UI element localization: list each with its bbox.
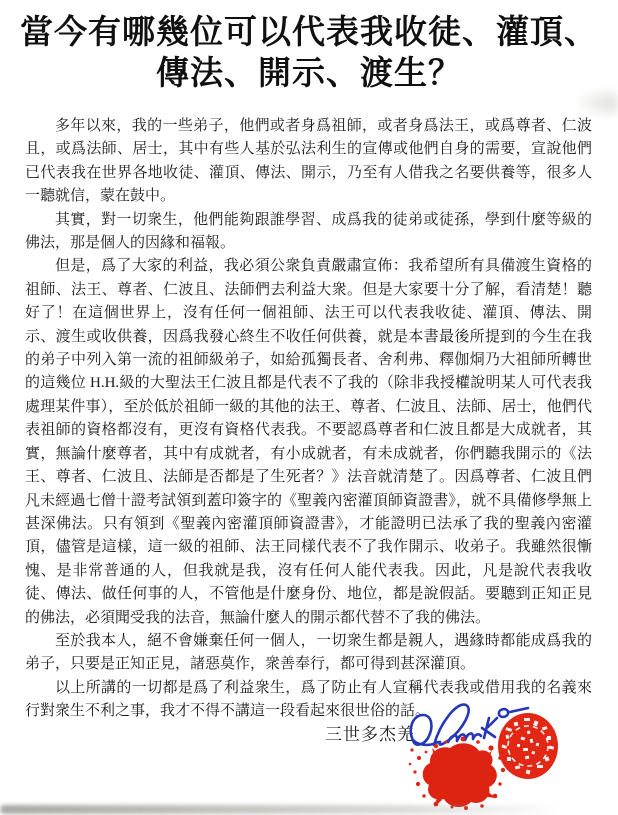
document-title: 當今有哪幾位可以代表我收徒、灌頂、 傳法、開示、渡生？ — [0, 0, 618, 95]
document-body: 多年以來，我的一些弟子，他們或者身爲祖師，或者身爲法王，或爲尊者、仁波且，或爲法… — [25, 115, 592, 724]
paragraph-3: 但是，爲了大家的利益，我必須公衆負責嚴肅宣佈：我希望所有具備渡生資格的祖師、法王… — [25, 255, 592, 630]
title-line-2: 傳法、開示、渡生？ — [0, 54, 618, 95]
page-bottom-shadow — [0, 805, 562, 814]
document-page: 當今有哪幾位可以代表我收徒、灌頂、 傳法、開示、渡生？ 多年以來，我的一些弟子，… — [0, 0, 618, 815]
title-line-1: 當今有哪幾位可以代表我收徒、灌頂、 — [0, 13, 618, 54]
paragraph-1: 多年以來，我的一些弟子，他們或者身爲祖師，或者身爲法王，或爲尊者、仁波且，或爲法… — [25, 115, 592, 209]
scan-smudge — [574, 86, 618, 120]
red-fingerprint-seal-icon — [408, 736, 508, 810]
paragraph-2: 其實，對一切衆生，他們能夠跟誰學習、成爲我的徒弟或徒孫，學到什麼等級的佛法，那是… — [25, 209, 592, 256]
paragraph-4: 至於我本人，絕不會嫌棄任何一個人，一切衆生都是親人，遇緣時都能成爲我的弟子，只要… — [25, 630, 592, 677]
red-round-carved-seal-icon — [496, 711, 560, 781]
